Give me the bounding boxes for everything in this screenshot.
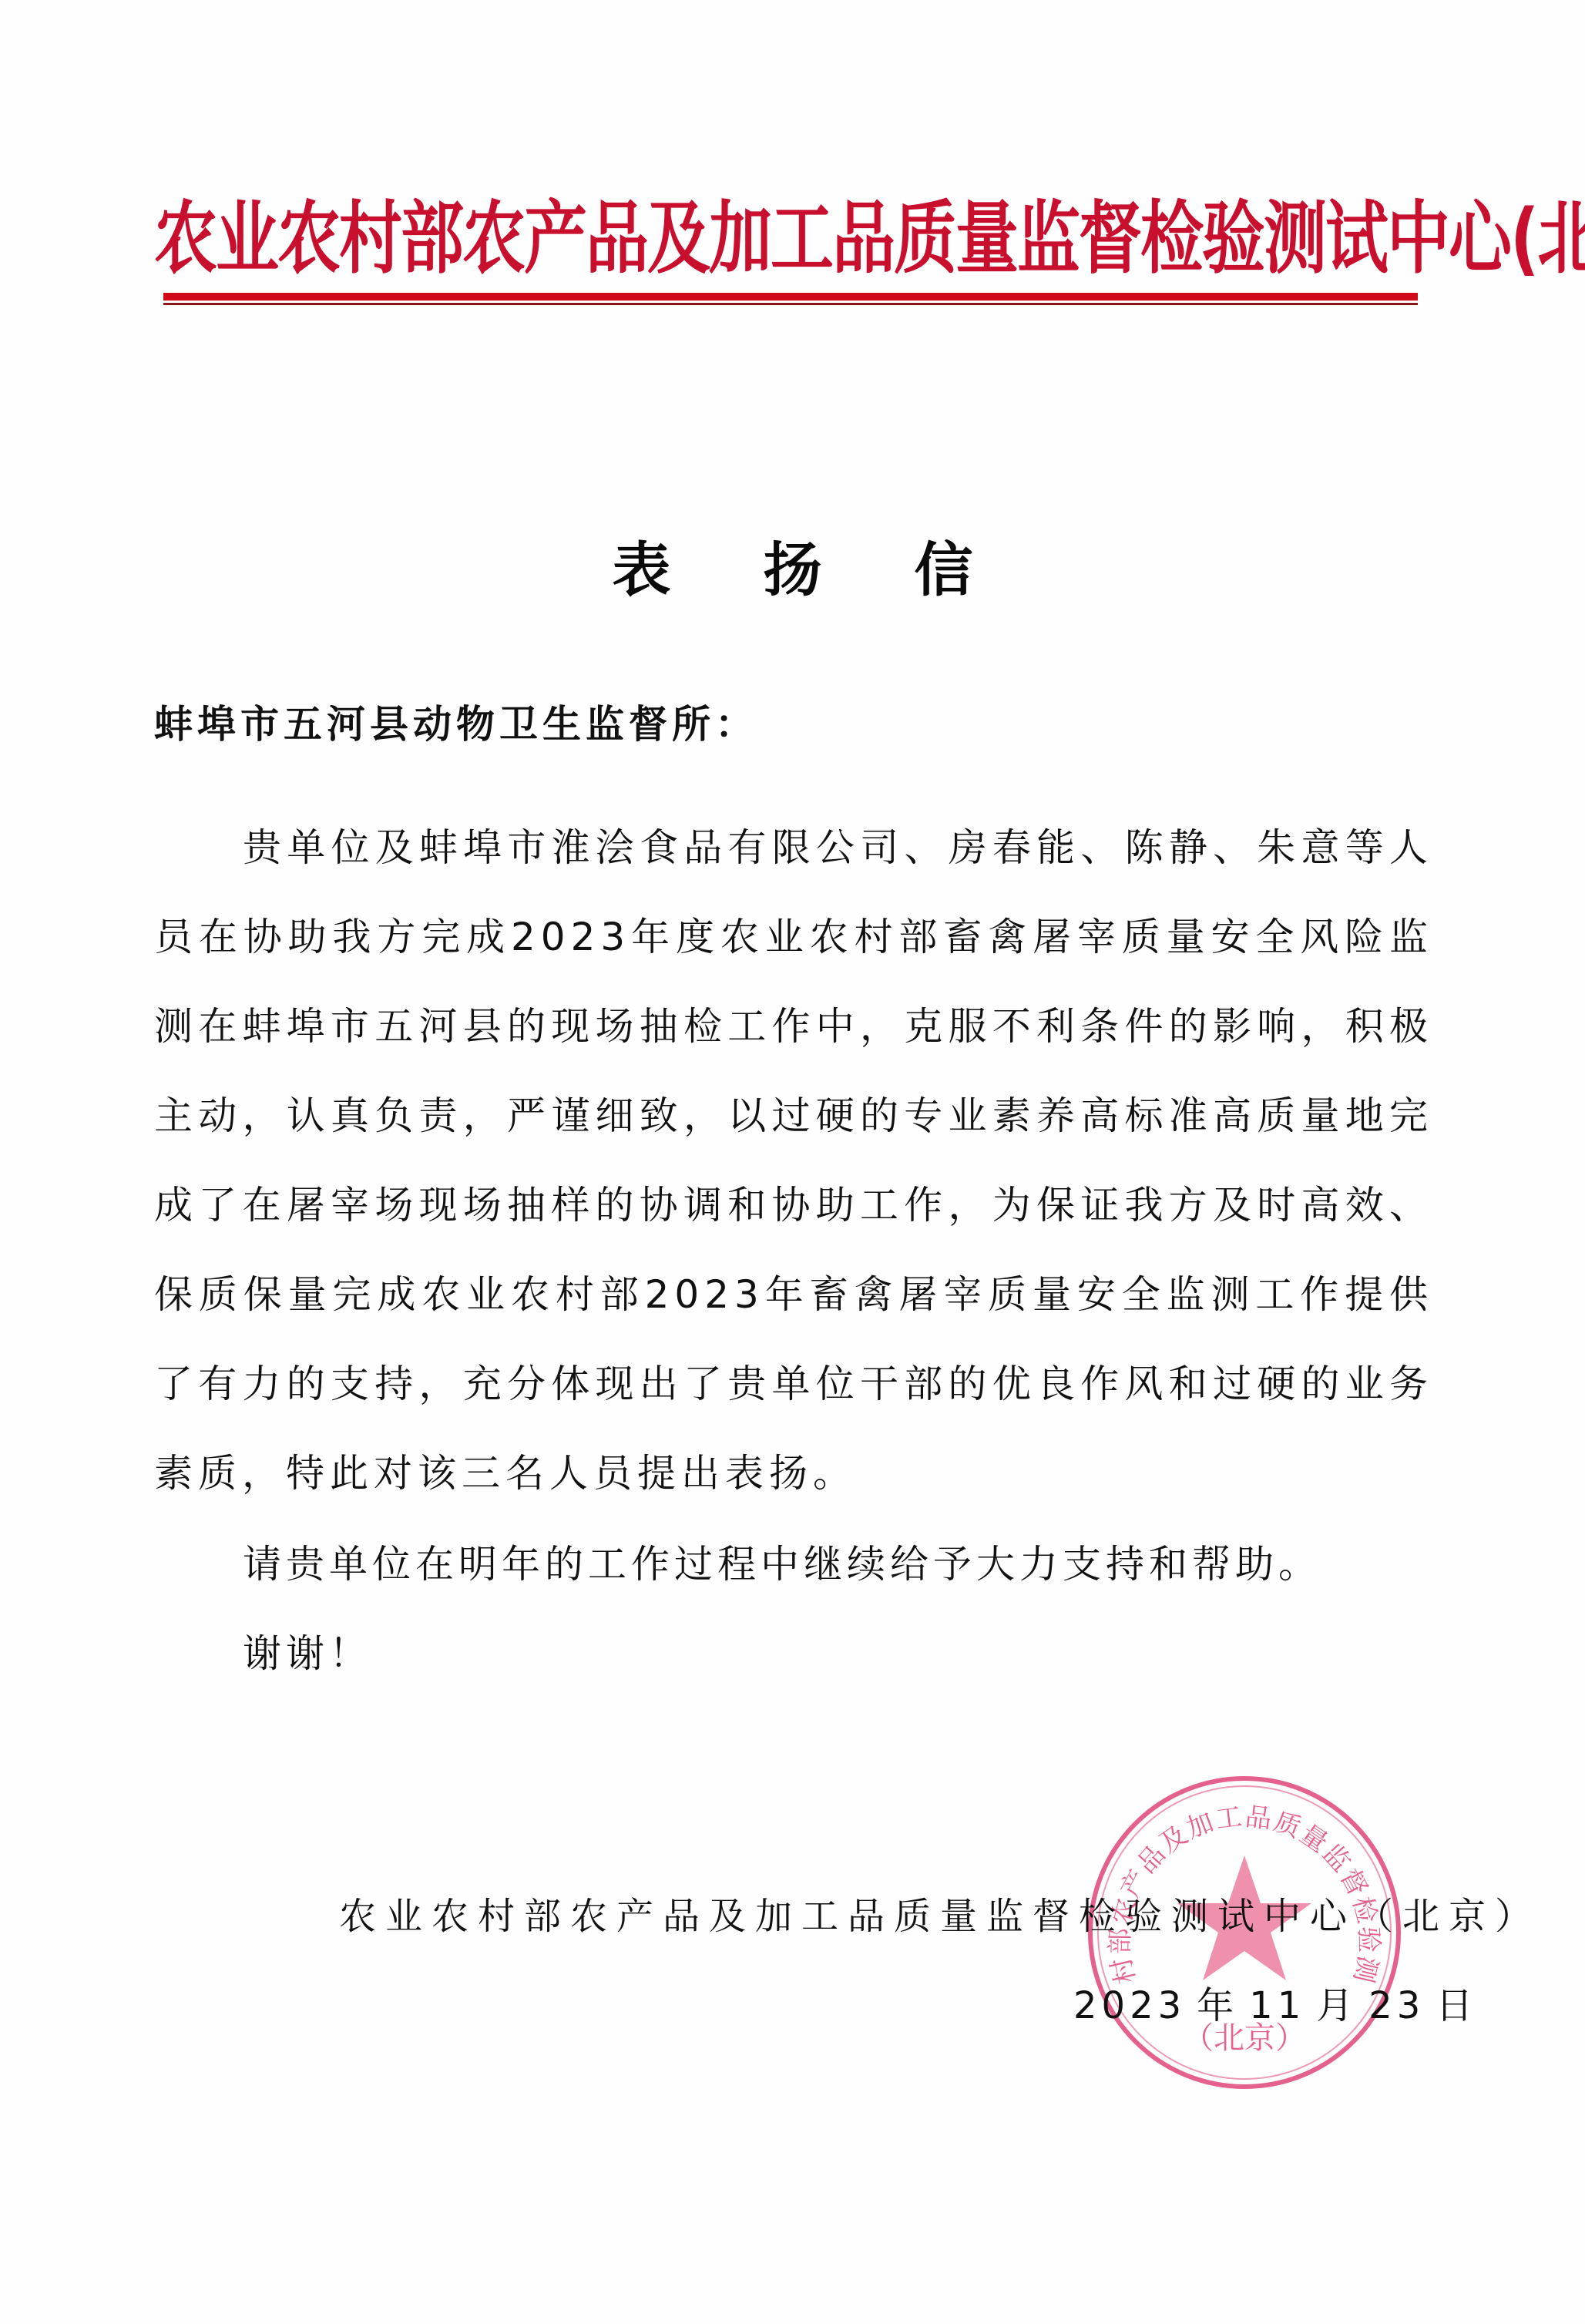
salutation: 蚌埠市五河县动物卫生监督所：: [154, 697, 758, 751]
signature-date: 2023年11月23日: [1073, 1979, 1488, 2033]
date-day: 23: [1368, 1984, 1425, 2027]
date-month-unit: 月: [1316, 1984, 1358, 2027]
closing-thanks: 谢谢！: [243, 1609, 1321, 1698]
date-year: 2023: [1073, 1984, 1186, 2027]
closing-request: 请贵单位在明年的工作过程中继续给予大力支持和帮助。: [243, 1520, 1321, 1609]
body-paragraph: 贵单位及蚌埠市淮浍食品有限公司、房春能、陈静、朱意等人员在协助我方完成2023年…: [154, 803, 1433, 1518]
letterhead-rule-thick: [163, 293, 1418, 301]
signature-organization: 农业农村部农产品及加工品质量监督检验测试中心（北京）: [339, 1889, 1541, 1943]
letterhead-rule-thin: [163, 303, 1418, 305]
date-year-unit: 年: [1197, 1984, 1238, 2027]
date-day-unit: 日: [1436, 1984, 1477, 2027]
date-month: 11: [1249, 1984, 1305, 2027]
document-title: 表扬信: [0, 536, 1585, 605]
letterhead-title: 农业农村部农产品及加工品质量监督检验测试中心(北京): [154, 191, 1433, 287]
closing-block: 请贵单位在明年的工作过程中继续给予大力支持和帮助。 谢谢！: [243, 1520, 1321, 1698]
letter-body: 贵单位及蚌埠市淮浍食品有限公司、房春能、陈静、朱意等人员在协助我方完成2023年…: [154, 803, 1433, 1518]
letter-page: 农业农村部农产品及加工品质量监督检验测试中心(北京) 表扬信 蚌埠市五河县动物卫…: [0, 0, 1585, 2324]
